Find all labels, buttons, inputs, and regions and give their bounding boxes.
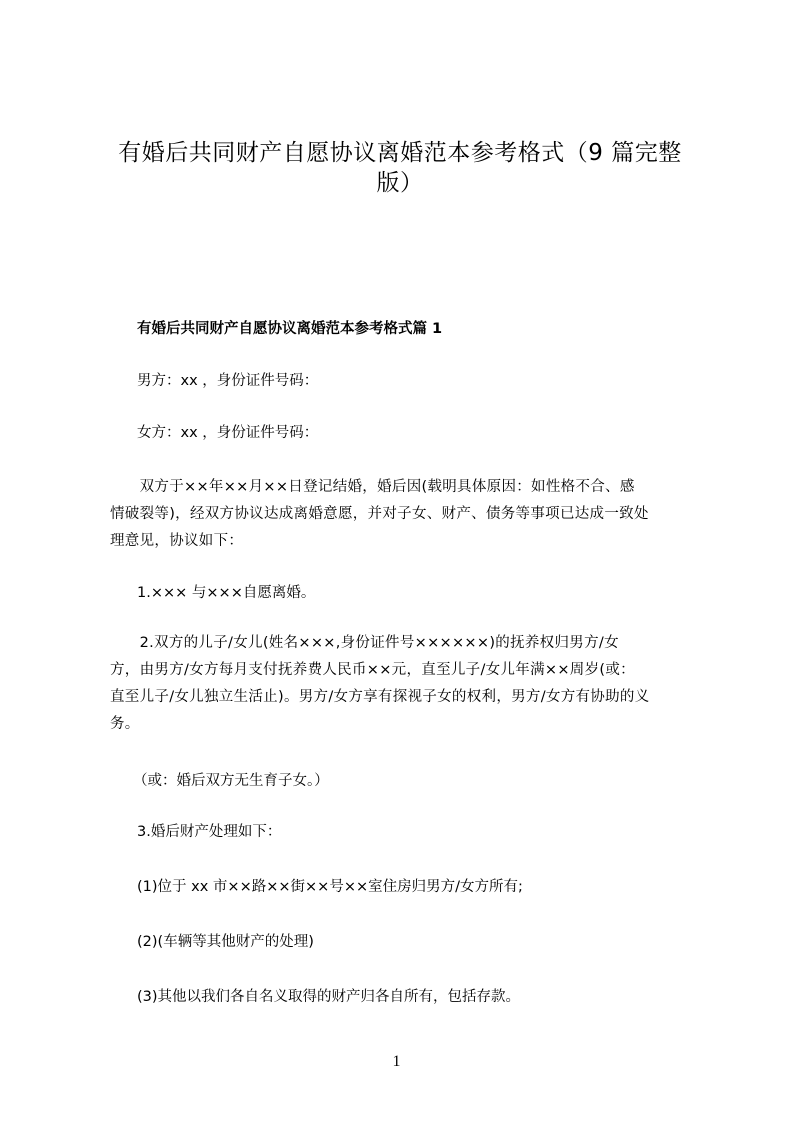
clause-3-sub-3: (3)其他以我们各自名义取得的财产归各自所有，包括存款。 <box>137 983 520 1011</box>
clause-1: 1.××× 与×××自愿离婚。 <box>137 579 315 607</box>
clause-2-line: 务。 <box>110 711 704 738</box>
document-title: 有婚后共同财产自愿协议离婚范本参考格式（9 篇完整 版） <box>100 138 700 198</box>
section-heading: 有婚后共同财产自愿协议离婚范本参考格式篇 1 <box>137 315 442 343</box>
clause-3: 3.婚后财产处理如下： <box>137 818 281 846</box>
title-line-1: 有婚后共同财产自愿协议离婚范本参考格式（9 篇完整 <box>100 138 700 168</box>
document-page: 有婚后共同财产自愿协议离婚范本参考格式（9 篇完整 版） 有婚后共同财产自愿协议… <box>0 0 793 1122</box>
clause-2-paragraph: 2.双方的儿子/女儿(姓名×××,身份证件号××××××)的抚养权归男方/女 方… <box>110 630 704 738</box>
clause-2-alternative: （或：婚后双方无生育子女。） <box>133 767 329 795</box>
intro-line: 双方于××年××月××日登记结婚，婚后因(载明具体原因：如性格不合、感 <box>110 474 704 501</box>
clause-3-sub-1: (1)位于 xx 市××路××街××号××室住房归男方/女方所有; <box>137 873 523 901</box>
title-line-2: 版） <box>100 168 700 198</box>
intro-paragraph: 双方于××年××月××日登记结婚，婚后因(载明具体原因：如性格不合、感 情破裂等… <box>110 474 704 555</box>
intro-line: 理意见，协议如下： <box>110 528 704 555</box>
clause-3-sub-2: (2)(车辆等其他财产的处理) <box>137 928 314 956</box>
intro-line: 情破裂等)，经双方协议达成离婚意愿，并对子女、财产、债务等事项已达成一致处 <box>110 501 704 528</box>
clause-2-line: 2.双方的儿子/女儿(姓名×××,身份证件号××××××)的抚养权归男方/女 <box>110 630 704 657</box>
clause-2-line: 直至儿子/女儿独立生活止)。男方/女方享有探视子女的权利，男方/女方有协助的义 <box>110 684 704 711</box>
man-info-line: 男方：xx ，身份证件号码： <box>137 367 318 395</box>
woman-info-line: 女方：xx ，身份证件号码： <box>137 419 318 447</box>
page-number: 1 <box>0 1053 793 1071</box>
clause-2-line: 方，由男方/女方每月支付抚养费人民币××元，直至儿子/女儿年满××周岁(或： <box>110 657 704 684</box>
